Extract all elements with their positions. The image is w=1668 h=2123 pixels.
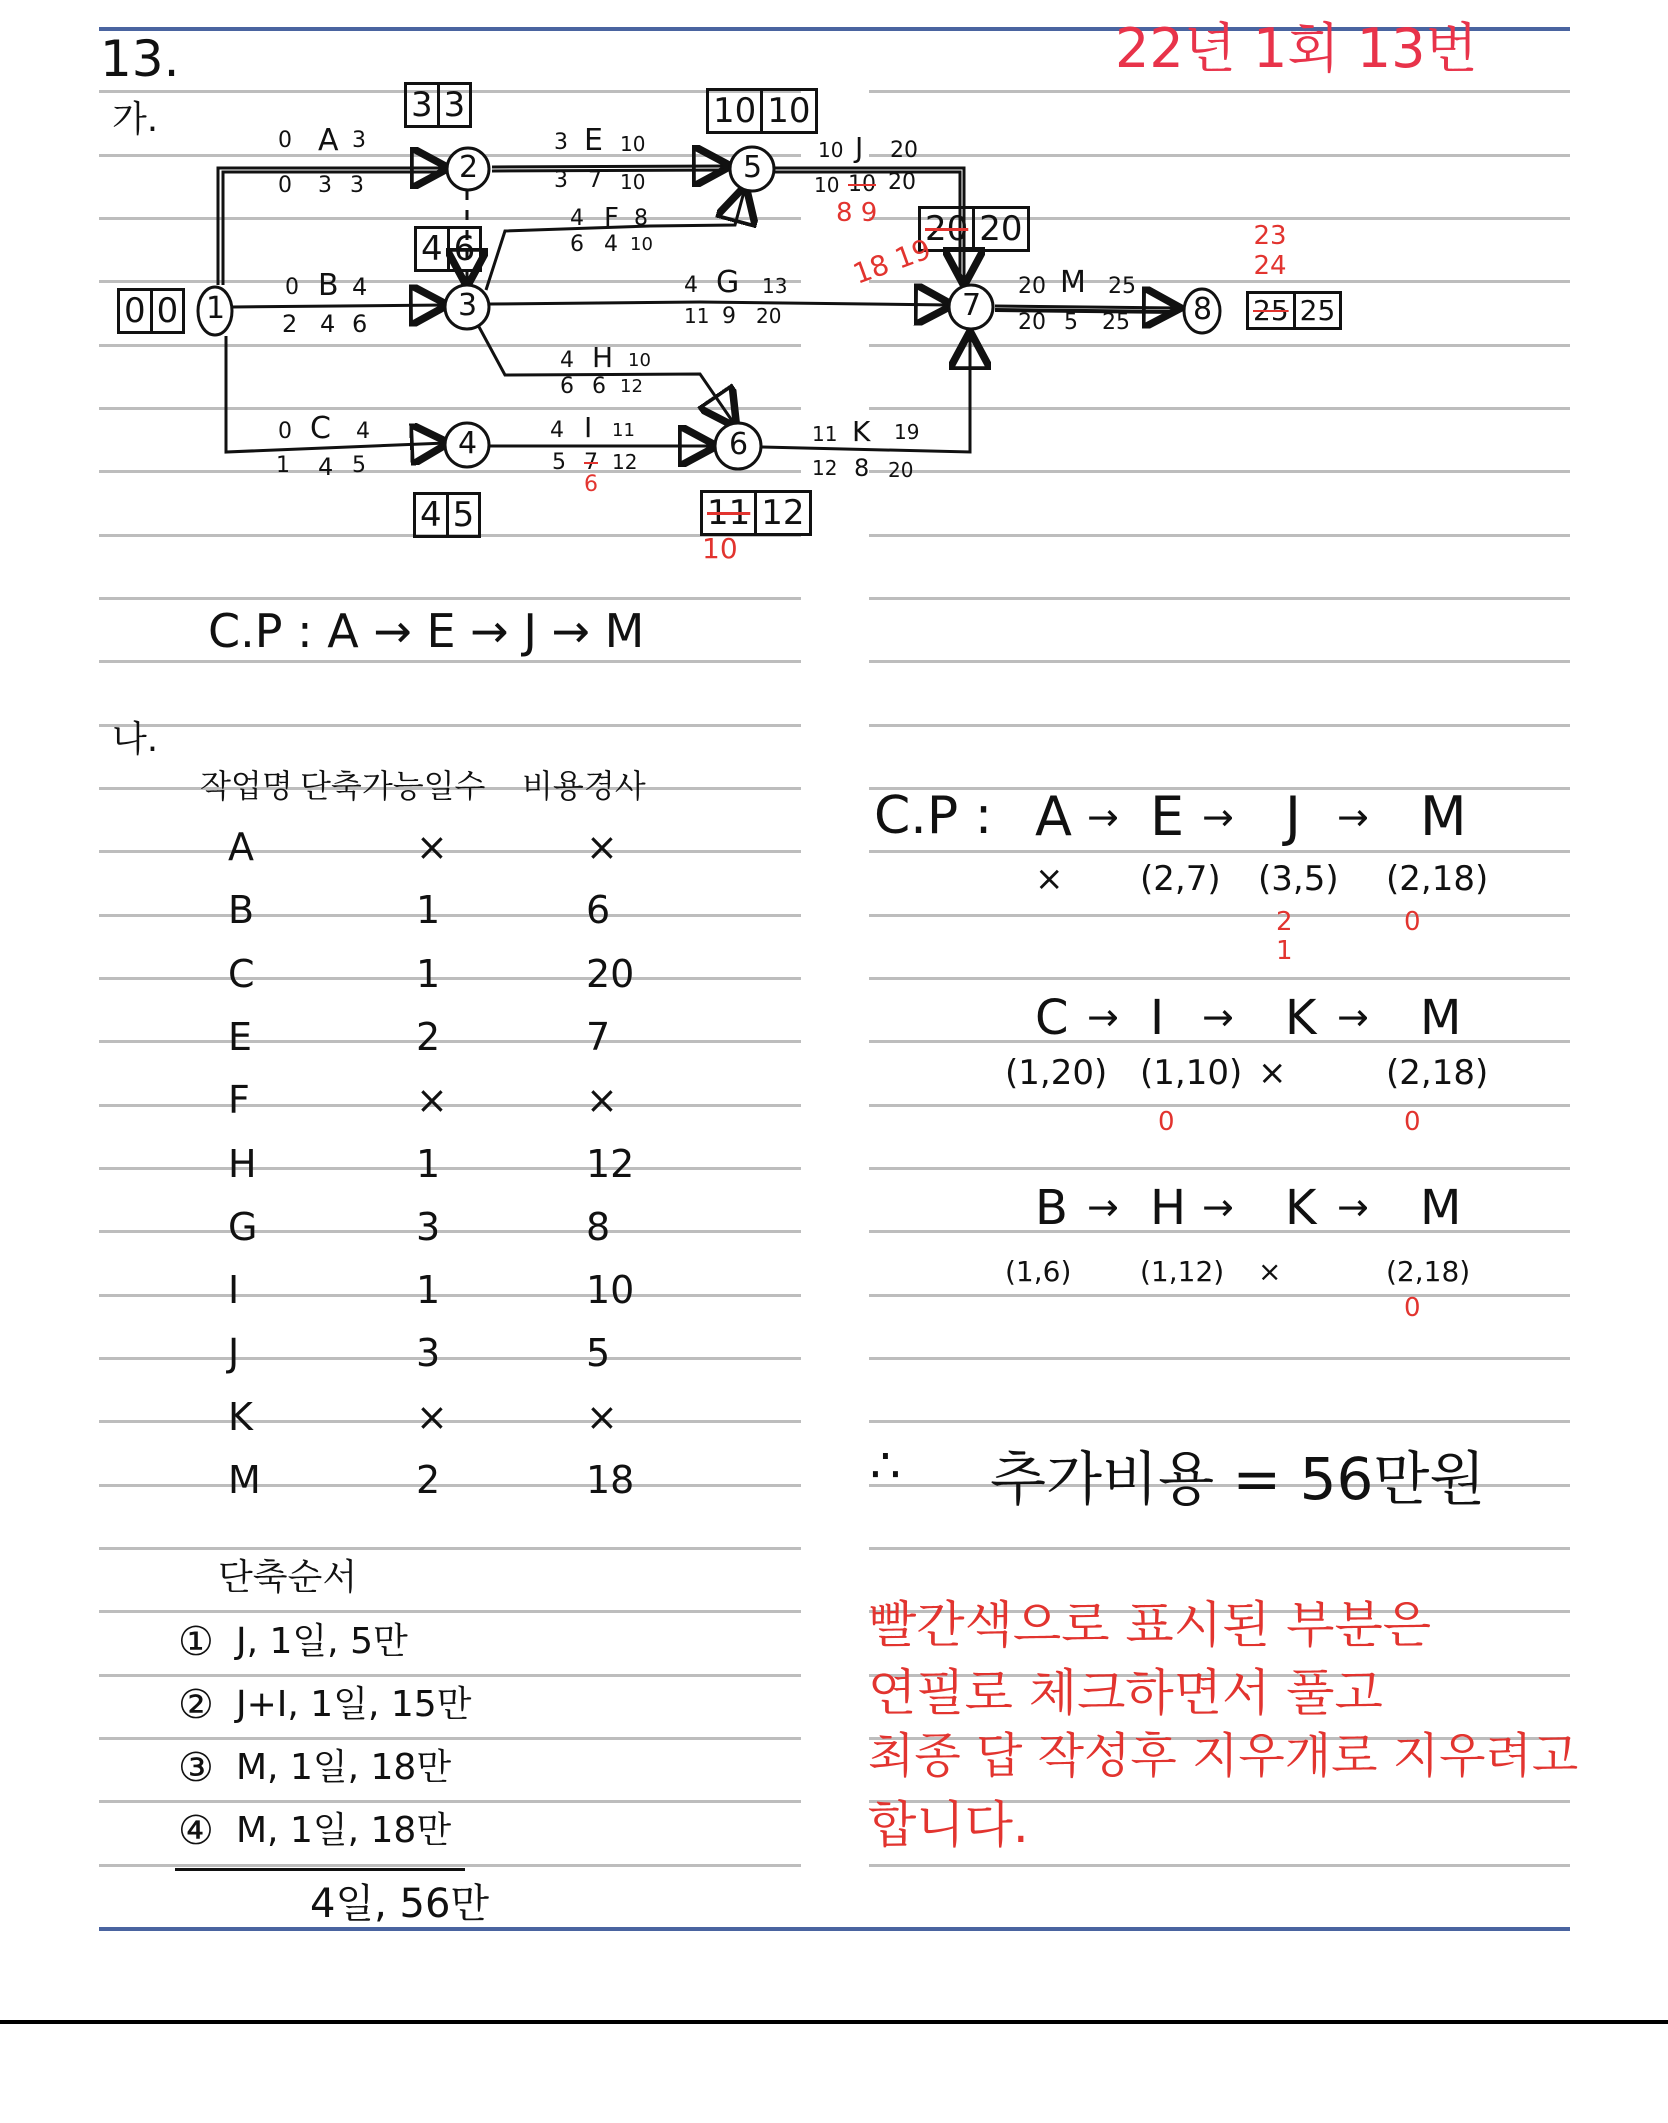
table-cell-task: G xyxy=(228,1208,257,1246)
C-est: 0 xyxy=(278,421,292,443)
G-dur: 9 xyxy=(722,306,736,328)
crash-step-text: J, 1일, 5만 xyxy=(236,1624,408,1660)
critical-path-answer: C.P : A → E → J → M xyxy=(208,608,644,654)
ruled-line xyxy=(869,1864,1570,1867)
path-value: (3,5) xyxy=(1258,862,1339,896)
table-cell-days: 1 xyxy=(416,1271,440,1309)
crash-step-text: M, 1일, 18만 xyxy=(236,1750,451,1786)
H-lft: 12 xyxy=(620,378,643,396)
path-activity: C xyxy=(1035,994,1069,1042)
ruled-line xyxy=(99,1864,801,1867)
table-header-cost-slope: 비용경사 xyxy=(522,770,646,802)
node-6-label: 6 xyxy=(729,430,748,460)
table-cell-slope: × xyxy=(586,828,618,866)
F-name: F xyxy=(604,205,619,231)
F-est: 4 xyxy=(570,208,584,230)
ruled-line xyxy=(99,1357,801,1360)
node-3-et-lt-box: 46 xyxy=(414,226,482,272)
J-lst: 10 xyxy=(814,175,839,195)
table-cell-days: 1 xyxy=(416,891,440,929)
J-est: 10 xyxy=(818,140,843,160)
path-value: (2,18) xyxy=(1386,1056,1488,1090)
ruled-line xyxy=(869,1040,1570,1043)
path-correction: 0 xyxy=(1404,1108,1424,1137)
node-5-et-lt-box: 1010 xyxy=(706,88,818,134)
ruled-line xyxy=(99,1737,801,1740)
ruled-line xyxy=(869,1230,1570,1233)
crash-total: 4일, 56만 xyxy=(310,1884,489,1924)
crash-step-number: ② xyxy=(178,1685,214,1725)
node-4-et-lt-box: 45 xyxy=(413,492,481,538)
path-value: (1,20) xyxy=(1005,1056,1107,1090)
F-eft: 8 xyxy=(634,208,648,230)
ruled-line xyxy=(869,1104,1570,1107)
H-est: 4 xyxy=(560,350,574,372)
path-correction: 2 1 xyxy=(1276,908,1296,965)
table-header-days: 단축가능일수 xyxy=(300,770,485,802)
F-lst: 6 xyxy=(570,234,584,256)
K-lst: 12 xyxy=(812,458,837,478)
node-6-et-lt-box: 1112 xyxy=(700,490,812,536)
table-cell-days: 3 xyxy=(416,1208,440,1246)
ruled-line xyxy=(99,1674,801,1677)
I-dur: 7 xyxy=(584,452,598,474)
path-activity: I xyxy=(1150,994,1164,1042)
arrow-right-icon: → xyxy=(1087,998,1119,1036)
therefore-symbol: ∴ xyxy=(870,1442,901,1490)
table-cell-days: 2 xyxy=(416,1018,440,1056)
ruled-line xyxy=(869,724,1570,727)
table-cell-days: × xyxy=(416,1398,448,1436)
J-lft: 20 xyxy=(888,172,916,194)
path-value: × xyxy=(1035,862,1064,896)
J-dur-correction: 8 9 xyxy=(836,200,877,226)
path-value: × xyxy=(1258,1258,1281,1286)
red-note-line: 최종 답 작성후 지우개로 지우려고 xyxy=(868,1732,1578,1780)
table-cell-days: 2 xyxy=(416,1461,440,1499)
crash-step-number: ③ xyxy=(178,1748,214,1788)
path-value: × xyxy=(1258,1056,1287,1090)
M-lft: 25 xyxy=(1102,312,1130,334)
table-cell-slope: 8 xyxy=(586,1208,610,1246)
G-name: G xyxy=(716,268,739,298)
path-activity: M xyxy=(1420,790,1467,844)
node-5-label: 5 xyxy=(743,153,762,183)
I-lst: 5 xyxy=(552,452,566,474)
C-lst: 1 xyxy=(276,455,290,477)
table-cell-slope: 5 xyxy=(586,1334,610,1372)
path-correction: 0 xyxy=(1404,1294,1424,1323)
B-lft: 6 xyxy=(352,312,367,336)
I-lft: 12 xyxy=(612,452,637,472)
table-cell-task: H xyxy=(228,1145,257,1183)
K-name: K xyxy=(852,418,870,446)
path-label: C.P : xyxy=(874,790,992,842)
path-correction: 0 xyxy=(1404,908,1424,937)
H-eft: 10 xyxy=(628,352,651,370)
K-eft: 19 xyxy=(894,422,919,442)
F-dur: 4 xyxy=(604,234,618,256)
ruled-line xyxy=(869,1357,1570,1360)
ruled-line xyxy=(99,977,801,980)
table-cell-task: B xyxy=(228,891,254,929)
path-value: (1,12) xyxy=(1140,1258,1224,1286)
table-cell-days: 1 xyxy=(416,955,440,993)
table-cell-task: I xyxy=(228,1271,239,1309)
H-lst: 6 xyxy=(560,376,574,398)
J-name: J xyxy=(855,134,863,162)
ruled-line xyxy=(99,1420,801,1423)
table-cell-days: × xyxy=(416,1081,448,1119)
node-3-label: 3 xyxy=(458,291,477,321)
I-dur-correction: 6 xyxy=(584,474,598,496)
arrow-G xyxy=(490,302,950,305)
C-name: C xyxy=(310,414,331,444)
ruled-line xyxy=(99,1104,801,1107)
ruled-line xyxy=(99,724,801,727)
B-lst: 2 xyxy=(282,312,297,336)
C-lft: 5 xyxy=(352,455,366,477)
table-cell-task: A xyxy=(228,828,254,866)
crash-step-text: J+I, 1일, 15만 xyxy=(236,1687,471,1723)
ruled-line xyxy=(99,850,801,853)
table-cell-task: F xyxy=(228,1081,250,1119)
crash-step-number: ① xyxy=(178,1622,214,1662)
page-bottom-border xyxy=(0,2020,1668,2024)
table-cell-task: E xyxy=(228,1018,252,1056)
arrow-right-icon: → xyxy=(1202,998,1234,1036)
crash-step-number: ④ xyxy=(178,1811,214,1851)
arrow-right-icon: → xyxy=(1202,1188,1234,1226)
F-lft: 10 xyxy=(630,236,653,254)
additional-cost: 추가비용 = 56만원 xyxy=(990,1450,1485,1508)
arrow-E xyxy=(492,166,728,167)
C-eft: 4 xyxy=(356,421,370,443)
I-eft: 11 xyxy=(612,422,635,440)
crash-order-title: 단축순서 xyxy=(218,1560,357,1596)
G-lst: 11 xyxy=(684,306,709,326)
node-8-label: 8 xyxy=(1193,295,1212,325)
A-eft: 3 xyxy=(352,130,366,152)
node-1-et-lt-box: 00 xyxy=(117,288,185,334)
G-est: 4 xyxy=(684,275,698,297)
table-cell-task: M xyxy=(228,1461,261,1499)
table-cell-task: J xyxy=(228,1334,239,1372)
arrow-right-icon: → xyxy=(1337,998,1369,1036)
table-cell-slope: 18 xyxy=(586,1461,634,1499)
ruled-line xyxy=(869,914,1570,917)
M-est: 20 xyxy=(1018,276,1046,298)
J-dur: 10 xyxy=(848,174,876,196)
K-lft: 20 xyxy=(888,460,913,480)
ruled-line xyxy=(869,1294,1570,1297)
A-lft: 3 xyxy=(350,175,364,197)
node-7-et-lt-box: 2020 xyxy=(918,206,1030,252)
table-cell-slope: 10 xyxy=(586,1271,634,1309)
I-est: 4 xyxy=(550,420,564,442)
node-8-et-lt-box: 2525 xyxy=(1246,291,1342,330)
ruled-line xyxy=(99,1294,801,1297)
path-activity: K xyxy=(1285,1184,1316,1232)
arrow-M xyxy=(995,306,1178,308)
ruled-line xyxy=(869,1547,1570,1550)
arrow-B xyxy=(232,305,445,307)
table-cell-days: × xyxy=(416,828,448,866)
M-dur: 5 xyxy=(1064,312,1078,334)
node-6-et-correction: 10 xyxy=(702,535,738,563)
ruled-line xyxy=(99,1040,801,1043)
B-est: 0 xyxy=(285,277,299,299)
H-dur: 6 xyxy=(592,376,606,398)
I-name: I xyxy=(584,414,592,442)
ruled-line xyxy=(869,850,1570,853)
ruled-line xyxy=(869,1167,1570,1170)
path-activity: E xyxy=(1150,790,1184,844)
H-name: H xyxy=(592,344,613,372)
path-activity: K xyxy=(1285,994,1316,1042)
red-note-line: 합니다. xyxy=(868,1800,1029,1850)
table-cell-slope: 12 xyxy=(586,1145,634,1183)
B-dur: 4 xyxy=(320,312,335,336)
margin-line xyxy=(99,1927,1570,1931)
table-cell-slope: × xyxy=(586,1398,618,1436)
table-cell-slope: 20 xyxy=(586,955,634,993)
arrow-right-icon: → xyxy=(1337,798,1369,836)
node-8-et-correction: 23 24 xyxy=(1250,222,1290,282)
ruled-line xyxy=(99,1167,801,1170)
table-cell-days: 3 xyxy=(416,1334,440,1372)
path-activity: J xyxy=(1285,790,1301,844)
node-7-label: 7 xyxy=(962,291,981,321)
table-cell-task: K xyxy=(228,1398,253,1436)
table-cell-slope: 7 xyxy=(586,1018,610,1056)
ruled-line xyxy=(99,1800,801,1803)
arrow-right-icon: → xyxy=(1087,1188,1119,1226)
E-dur: 7 xyxy=(588,170,602,192)
path-value: (2,18) xyxy=(1386,862,1488,896)
path-activity: M xyxy=(1420,1184,1461,1232)
A-est: 0 xyxy=(278,130,292,152)
path-activity: A xyxy=(1035,790,1072,844)
red-note-line: 연필로 체크하면서 풀고 xyxy=(868,1668,1383,1718)
network-diagram xyxy=(0,0,1668,620)
A-dur: 3 xyxy=(318,175,332,197)
arrow-C xyxy=(226,336,446,452)
ruled-line xyxy=(869,660,1570,663)
red-note-line: 빨간색으로 표시된 부분은 xyxy=(868,1600,1431,1650)
ruled-line xyxy=(869,977,1570,980)
C-dur: 4 xyxy=(318,455,333,479)
G-lft: 20 xyxy=(756,306,781,326)
ruled-line xyxy=(99,1230,801,1233)
path-activity: H xyxy=(1150,1184,1186,1232)
arrow-right-icon: → xyxy=(1202,798,1234,836)
ruled-line xyxy=(99,1547,801,1550)
ruled-line xyxy=(99,660,801,663)
ruled-line xyxy=(99,1610,801,1613)
B-name: B xyxy=(318,271,339,301)
G-eft: 13 xyxy=(762,276,787,296)
node-1-label: 1 xyxy=(206,294,225,324)
node-2-et-lt-box: 33 xyxy=(404,82,472,128)
ruled-line xyxy=(99,914,801,917)
table-cell-slope: 6 xyxy=(586,891,610,929)
E-lst: 3 xyxy=(554,170,568,192)
node-4-label: 4 xyxy=(458,429,477,459)
part-b-label: 나. xyxy=(112,722,158,758)
B-eft: 4 xyxy=(352,275,367,299)
node-2-label: 2 xyxy=(459,153,478,183)
path-value: (2,7) xyxy=(1140,862,1221,896)
K-dur: 8 xyxy=(854,456,869,480)
E-name: E xyxy=(584,126,603,156)
J-eft: 20 xyxy=(890,140,918,162)
table-cell-slope: × xyxy=(586,1081,618,1119)
K-est: 11 xyxy=(812,424,837,444)
path-activity: M xyxy=(1420,994,1461,1042)
path-activity: B xyxy=(1035,1184,1068,1232)
A-name: A xyxy=(318,126,339,156)
crash-step-text: M, 1일, 18만 xyxy=(236,1813,451,1849)
arrow-H xyxy=(478,325,735,425)
ruled-line xyxy=(869,1420,1570,1423)
table-cell-days: 1 xyxy=(416,1145,440,1183)
sum-line xyxy=(175,1868,465,1871)
A-lst: 0 xyxy=(278,175,292,197)
path-value: (2,18) xyxy=(1386,1258,1470,1286)
M-lst: 20 xyxy=(1018,312,1046,334)
path-correction: 0 xyxy=(1158,1108,1178,1137)
table-cell-task: C xyxy=(228,955,255,993)
E-lft: 10 xyxy=(620,172,645,192)
path-value: (1,6) xyxy=(1005,1258,1071,1286)
E-est: 3 xyxy=(554,132,568,154)
arrow-right-icon: → xyxy=(1337,1188,1369,1226)
table-header-task: 작업명 xyxy=(200,770,293,802)
M-name: M xyxy=(1060,268,1086,298)
ruled-line xyxy=(99,1484,801,1487)
M-eft: 25 xyxy=(1108,276,1136,298)
arrow-right-icon: → xyxy=(1087,798,1119,836)
path-value: (1,10) xyxy=(1140,1056,1242,1090)
E-eft: 10 xyxy=(620,134,645,154)
